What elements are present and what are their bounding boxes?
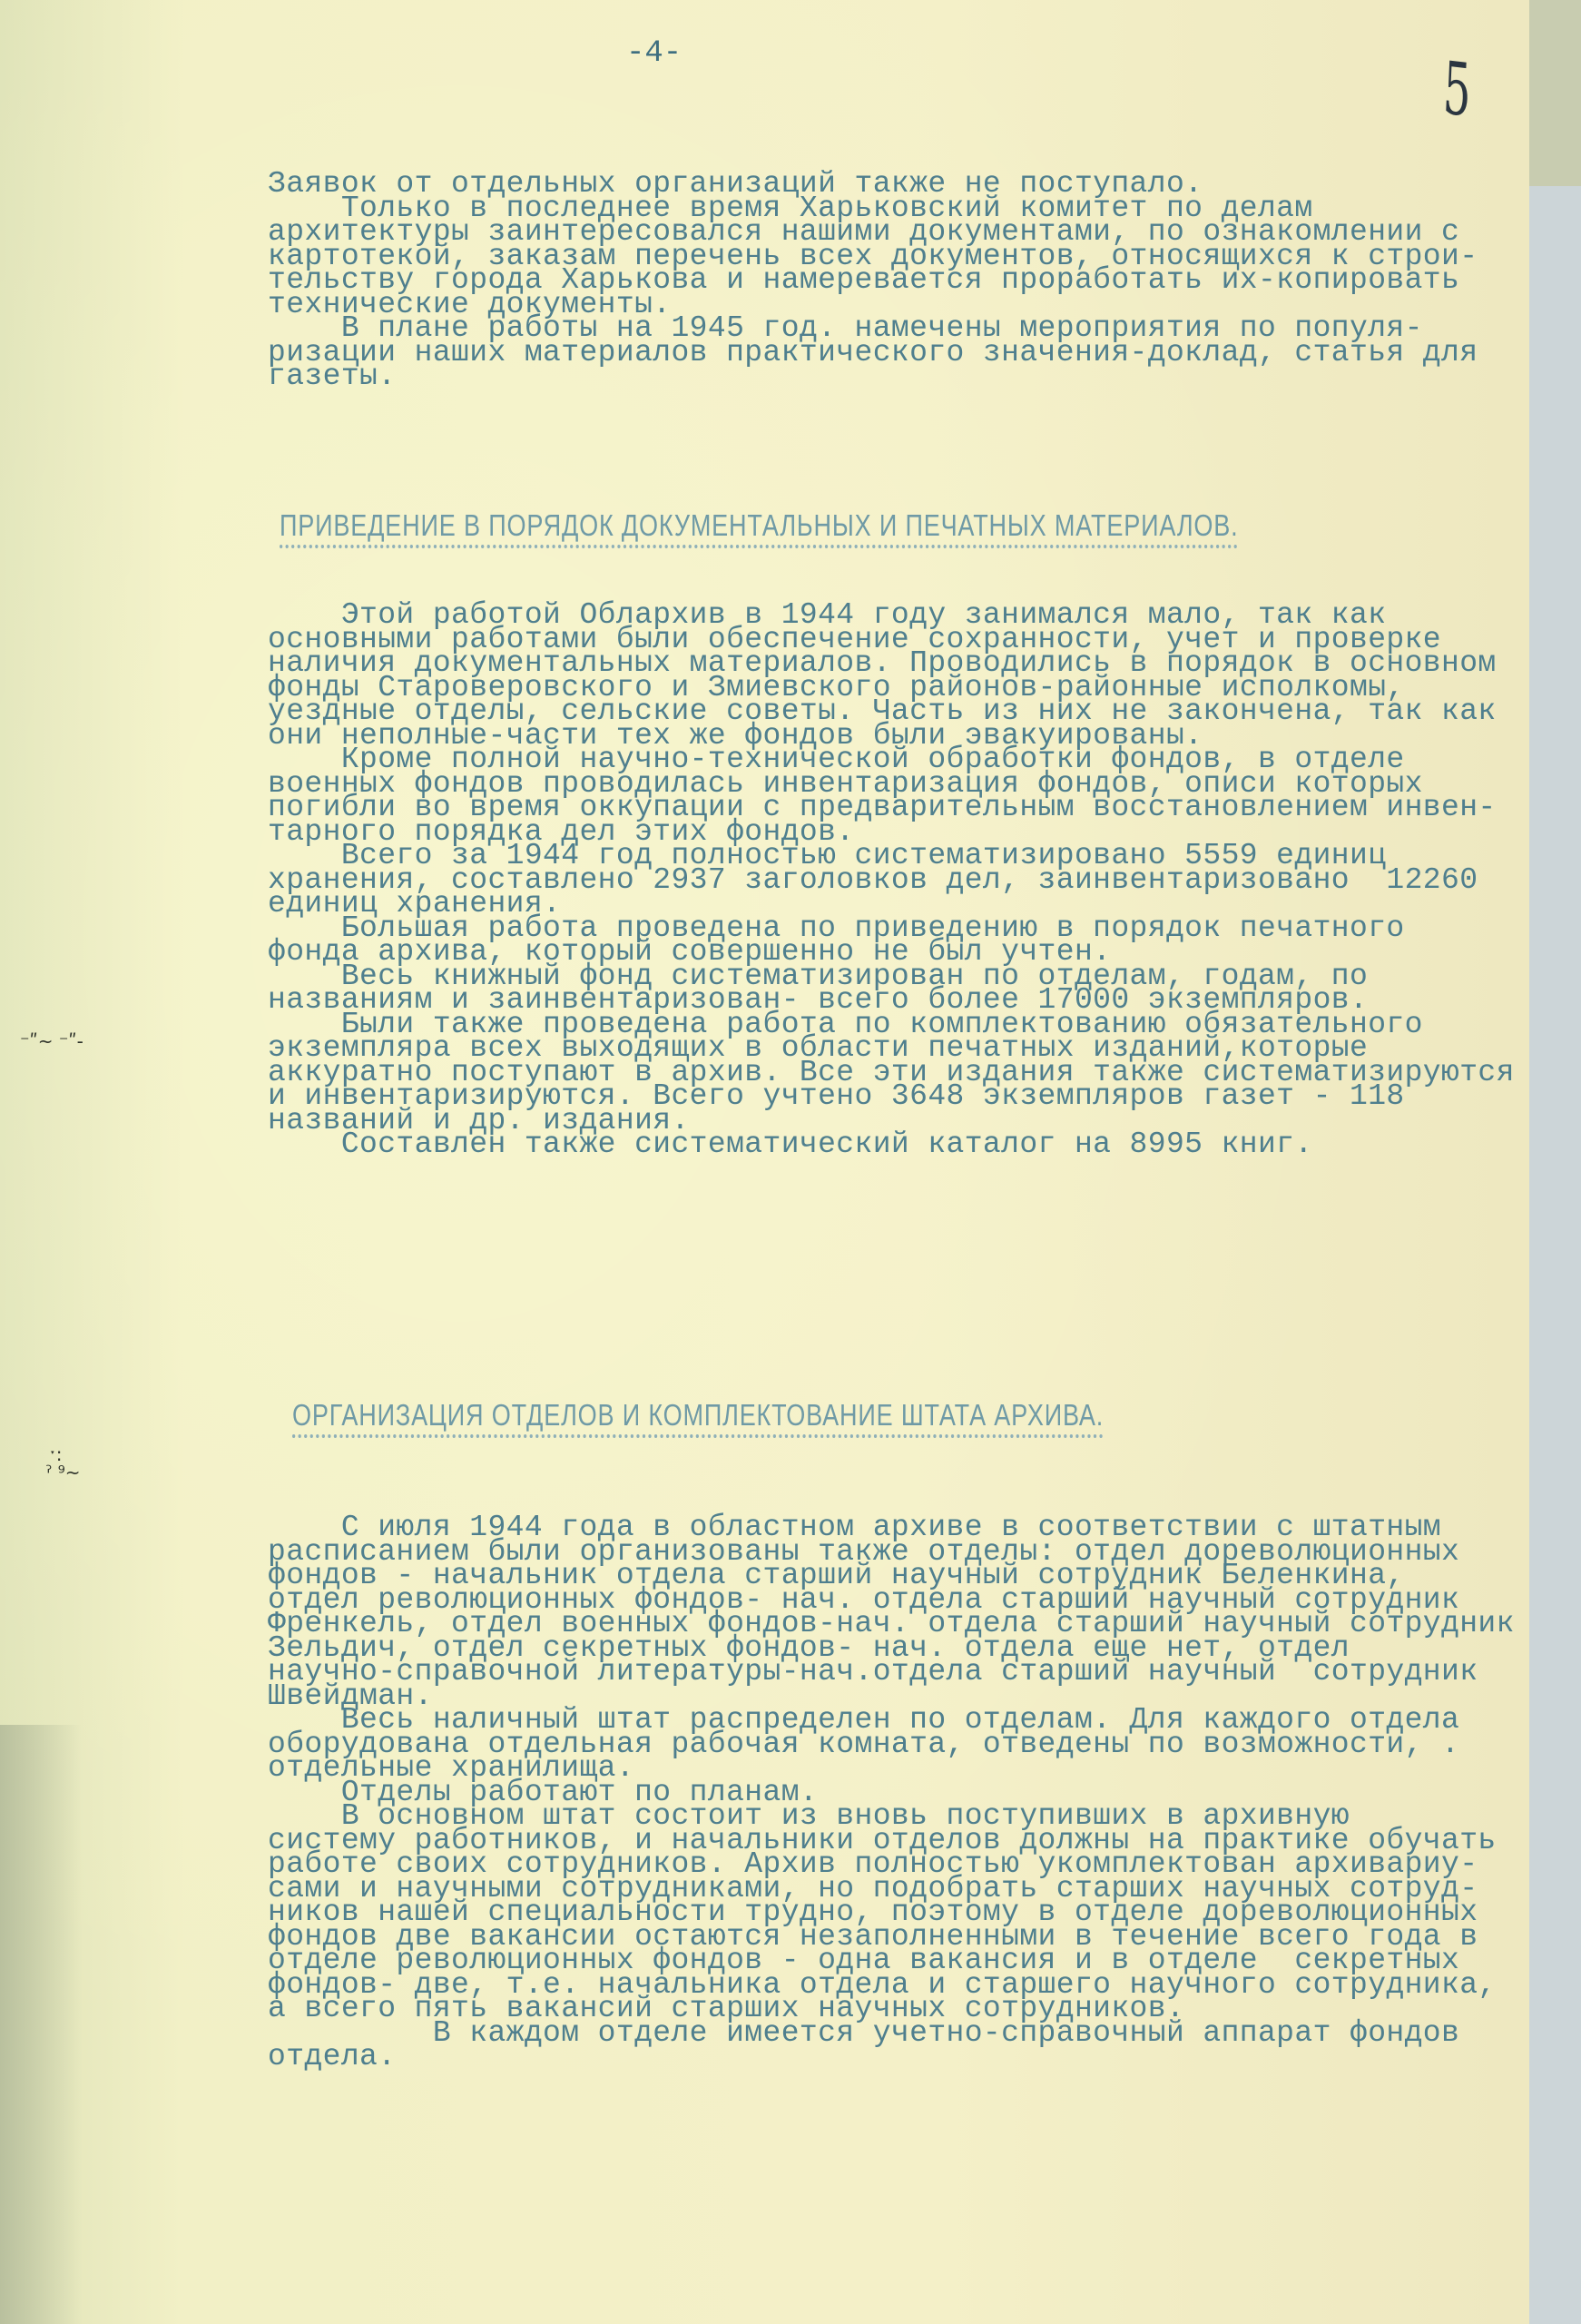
text-line: В каждом отделе имеется учетно-справочны… [268, 2022, 1529, 2046]
section-heading-documents-order: ПРИВЕДЕНИЕ В ПОРЯДОК ДОКУМЕНТАЛЬНЫХ И ПЕ… [280, 508, 1238, 548]
text-line: научно-справочной литературы-нач.отдела … [268, 1660, 1529, 1685]
text-line: ризации наших материалов практического з… [268, 341, 1529, 366]
page-shadow [0, 1725, 82, 2324]
typewritten-page: -4- 5 Заявок от отдельных организаций та… [0, 0, 1529, 2324]
folio-number-handwritten: 5 [1441, 45, 1472, 133]
adjacent-card [1528, 186, 1581, 2324]
text-line: Составлен также систематический каталог … [268, 1133, 1529, 1157]
page-number: -4- [626, 36, 682, 71]
section1-body: Этой работой Облархив в 1944 году занима… [268, 604, 1529, 1157]
intro-paragraphs: Заявок от отдельных организаций также не… [268, 172, 1529, 389]
section2-body: С июля 1944 года в областном архиве в со… [268, 1516, 1529, 2070]
margin-ink-mark: ˀ ⁹~ [45, 1462, 81, 1483]
margin-ink-mark: ⁻ʺ~ ⁻ʺ- [20, 1030, 83, 1052]
section-heading-departments-staff: ОРГАНИЗАЦИЯ ОТДЕЛОВ И КОМПЛЕКТОВАНИЕ ШТА… [292, 1398, 1104, 1438]
